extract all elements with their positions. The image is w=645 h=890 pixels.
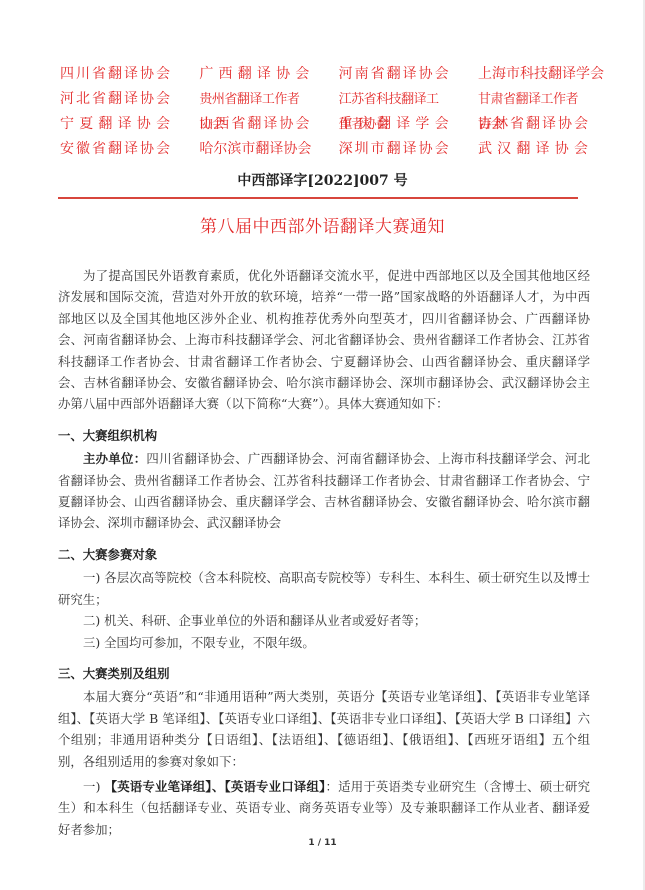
issuing-organizations-header: 四川省翻译协会 广西翻译协会 河南省翻译协会 上海市科技翻译学会 河北省翻译协会… [60, 62, 588, 162]
org-name: 山西省翻译协会 [199, 112, 309, 137]
org-name: 吉林省翻译协会 [478, 112, 588, 137]
org-name: 河南省翻译协会 [339, 62, 449, 87]
org-name: 贵州省翻译工作者协会 [199, 87, 309, 112]
host-label: 主办单位： [83, 451, 146, 466]
org-name: 上海市科技翻译学会 [478, 62, 588, 87]
list-item: 一) 各层次高等院校（含本科院校、高职高专院校等）专科生、本科生、硕士研究生以及… [58, 567, 590, 610]
page-number: 1 / 11 [0, 838, 645, 848]
document-number: 中西部译字[2022]007 号 [0, 170, 645, 190]
category-paragraph: 本届大赛分“英语”和“非通用语种”两大类别，英语分【英语专业笔译组】、【英语非专… [58, 686, 590, 772]
section-heading: 二、大赛参赛对象 [58, 544, 590, 565]
document-body: 为了提高国民外语教育素质，优化外语翻译交流水平，促进中西部地区以及全国其他地区经… [58, 265, 590, 840]
document-title: 第八届中西部外语翻译大赛通知 [0, 212, 645, 237]
header-divider [58, 197, 578, 199]
org-name: 四川省翻译协会 [60, 62, 170, 87]
item-prefix: 一) [83, 779, 105, 794]
host-paragraph: 主办单位：四川省翻译协会、广西翻译协会、河南省翻译协会、上海市科技翻译学会、河北… [58, 448, 590, 534]
header-row: 宁夏翻译协会 山西省翻译协会 重庆翻译学会 吉林省翻译协会 [60, 112, 588, 137]
org-name: 重庆翻译学会 [339, 112, 449, 137]
org-name: 哈尔滨市翻译协会 [199, 137, 309, 162]
org-name: 宁夏翻译协会 [60, 112, 170, 137]
header-row: 河北省翻译协会 贵州省翻译工作者协会 江苏省科技翻译工作者协会 甘肃省翻译工作者… [60, 87, 588, 112]
list-item: 二) 机关、科研、企事业单位的外语和翻译从业者或爱好者等； [58, 610, 590, 631]
header-row: 四川省翻译协会 广西翻译协会 河南省翻译协会 上海市科技翻译学会 [60, 62, 588, 87]
org-name: 广西翻译协会 [199, 62, 309, 87]
section-heading: 一、大赛组织机构 [58, 425, 590, 446]
header-row: 安徽省翻译协会 哈尔滨市翻译协会 深圳市翻译协会 武汉翻译协会 [60, 137, 588, 162]
list-item: 三) 全国均可参加，不限专业，不限年级。 [58, 632, 590, 653]
org-name: 河北省翻译协会 [60, 87, 170, 112]
org-name: 深圳市翻译协会 [339, 137, 449, 162]
intro-paragraph: 为了提高国民外语教育素质，优化外语翻译交流水平，促进中西部地区以及全国其他地区经… [58, 265, 590, 415]
org-name: 安徽省翻译协会 [60, 137, 170, 162]
org-name: 江苏省科技翻译工作者协会 [339, 87, 449, 112]
item-groups: 【英语专业笔译组】、【英语专业口译组】 [105, 779, 326, 794]
section-heading: 三、大赛类别及组别 [58, 663, 590, 684]
org-name: 甘肃省翻译工作者协会 [478, 87, 588, 112]
list-item: 一) 【英语专业笔译组】、【英语专业口译组】：适用于英语类专业研究生（含博士、硕… [58, 776, 590, 840]
org-name: 武汉翻译协会 [478, 137, 588, 162]
